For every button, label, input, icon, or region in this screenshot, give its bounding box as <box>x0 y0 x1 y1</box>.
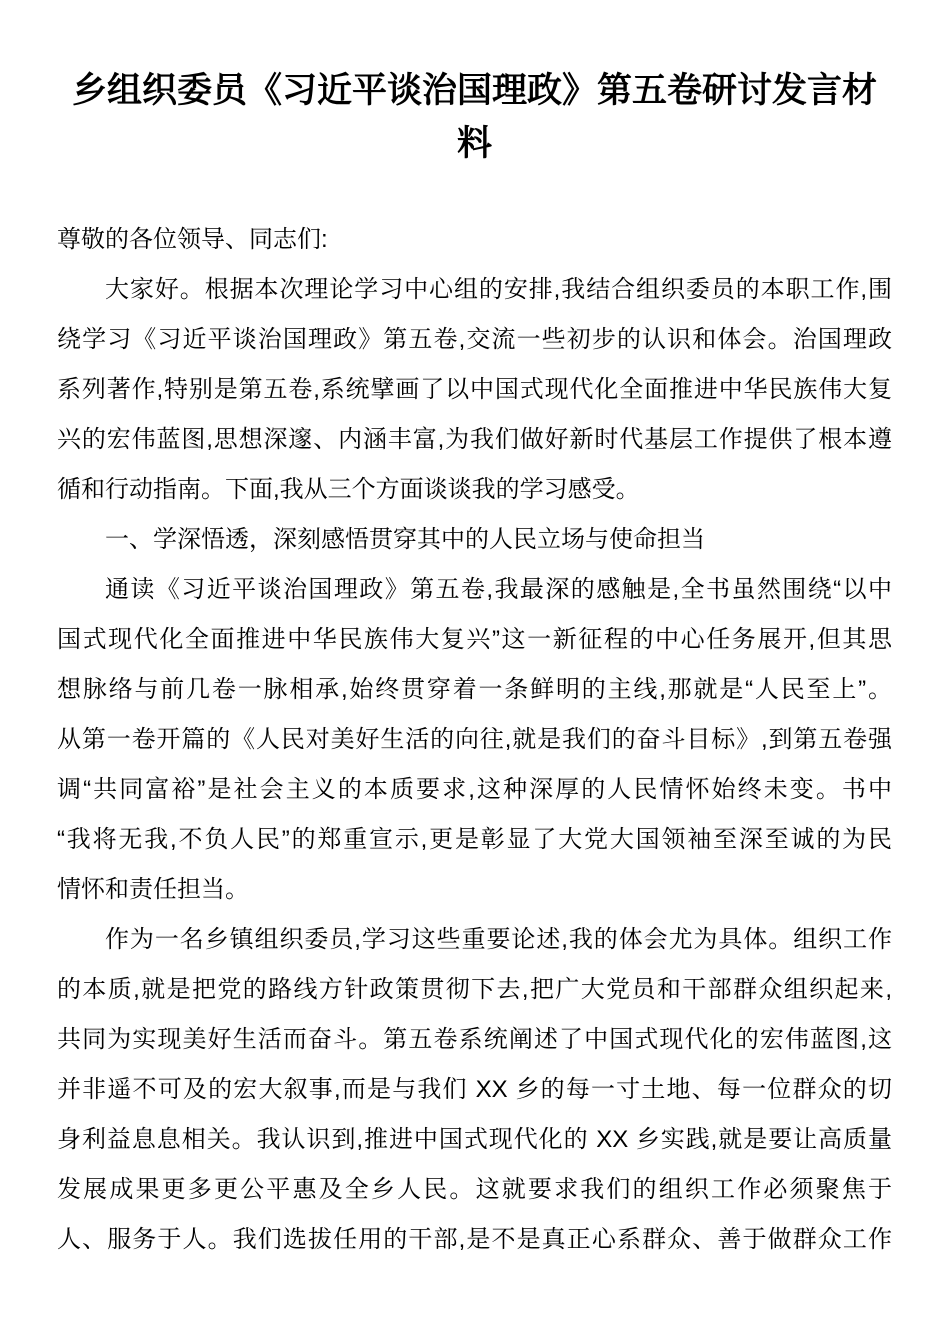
text-line: 并非遥不可及的宏大叙事,而是与我们 XX 乡的每一寸土地、每一位群众的切 <box>57 1065 892 1115</box>
document-title: 乡组织委员《习近平谈治国理政》第五卷研讨发言材 料 <box>57 64 892 170</box>
text-line: 系列著作,特别是第五卷,系统擘画了以中国式现代化全面推进中华民族伟大复 <box>57 365 892 415</box>
text-line: 大家好。根据本次理论学习中心组的安排,我结合组织委员的本职工作,围 <box>57 265 892 315</box>
text-line: 国式现代化全面推进中华民族伟大复兴”这一新征程的中心任务展开,但其思 <box>57 615 892 665</box>
text-line: 人、服务于人。我们选拔任用的干部,是不是真正心系群众、善于做群众工作 <box>57 1215 892 1265</box>
text-line: 调“共同富裕”是社会主义的本质要求,这种深厚的人民情怀始终未变。书中 <box>57 765 892 815</box>
text-line: 的本质,就是把党的路线方针政策贯彻下去,把广大党员和干部群众组织起来, <box>57 965 892 1015</box>
text-line: 情怀和责任担当。 <box>57 865 892 915</box>
text-line: 兴的宏伟蓝图,思想深邃、内涵丰富,为我们做好新时代基层工作提供了根本遵 <box>57 415 892 465</box>
text-line: 尊敬的各位领导、同志们: <box>57 215 892 265</box>
text-line: 身利益息息相关。我认识到,推进中国式现代化的 XX 乡实践,就是要让高质量 <box>57 1115 892 1165</box>
text-line: 通读《习近平谈治国理政》第五卷,我最深的感触是,全书虽然围绕“以中 <box>57 565 892 615</box>
text-line: 作为一名乡镇组织委员,学习这些重要论述,我的体会尤为具体。组织工作 <box>57 915 892 965</box>
text-line: 共同为实现美好生活而奋斗。第五卷系统阐述了中国式现代化的宏伟蓝图,这 <box>57 1015 892 1065</box>
heading-line: 一、学深悟透，深刻感悟贯穿其中的人民立场与使命担当 <box>57 515 892 565</box>
text-line: 绕学习《习近平谈治国理政》第五卷,交流一些初步的认识和体会。治国理政 <box>57 315 892 365</box>
document-title-line-1: 乡组织委员《习近平谈治国理政》第五卷研讨发言材 <box>57 64 892 117</box>
text-line: 想脉络与前几卷一脉相承,始终贯穿着一条鲜明的主线,那就是“人民至上”。 <box>57 665 892 715</box>
document-page: 乡组织委员《习近平谈治国理政》第五卷研讨发言材 料 尊敬的各位领导、同志们:大家… <box>0 0 950 1344</box>
document-title-line-2: 料 <box>57 117 892 170</box>
body-lines: 尊敬的各位领导、同志们:大家好。根据本次理论学习中心组的安排,我结合组织委员的本… <box>57 215 892 1265</box>
text-line: 从第一卷开篇的《人民对美好生活的向往,就是我们的奋斗目标》,到第五卷强 <box>57 715 892 765</box>
text-line: 发展成果更多更公平惠及全乡人民。这就要求我们的组织工作必须聚焦于 <box>57 1165 892 1215</box>
text-line: “我将无我,不负人民”的郑重宣示,更是彰显了大党大国领袖至深至诚的为民 <box>57 815 892 865</box>
text-line: 循和行动指南。下面,我从三个方面谈谈我的学习感受。 <box>57 465 892 515</box>
